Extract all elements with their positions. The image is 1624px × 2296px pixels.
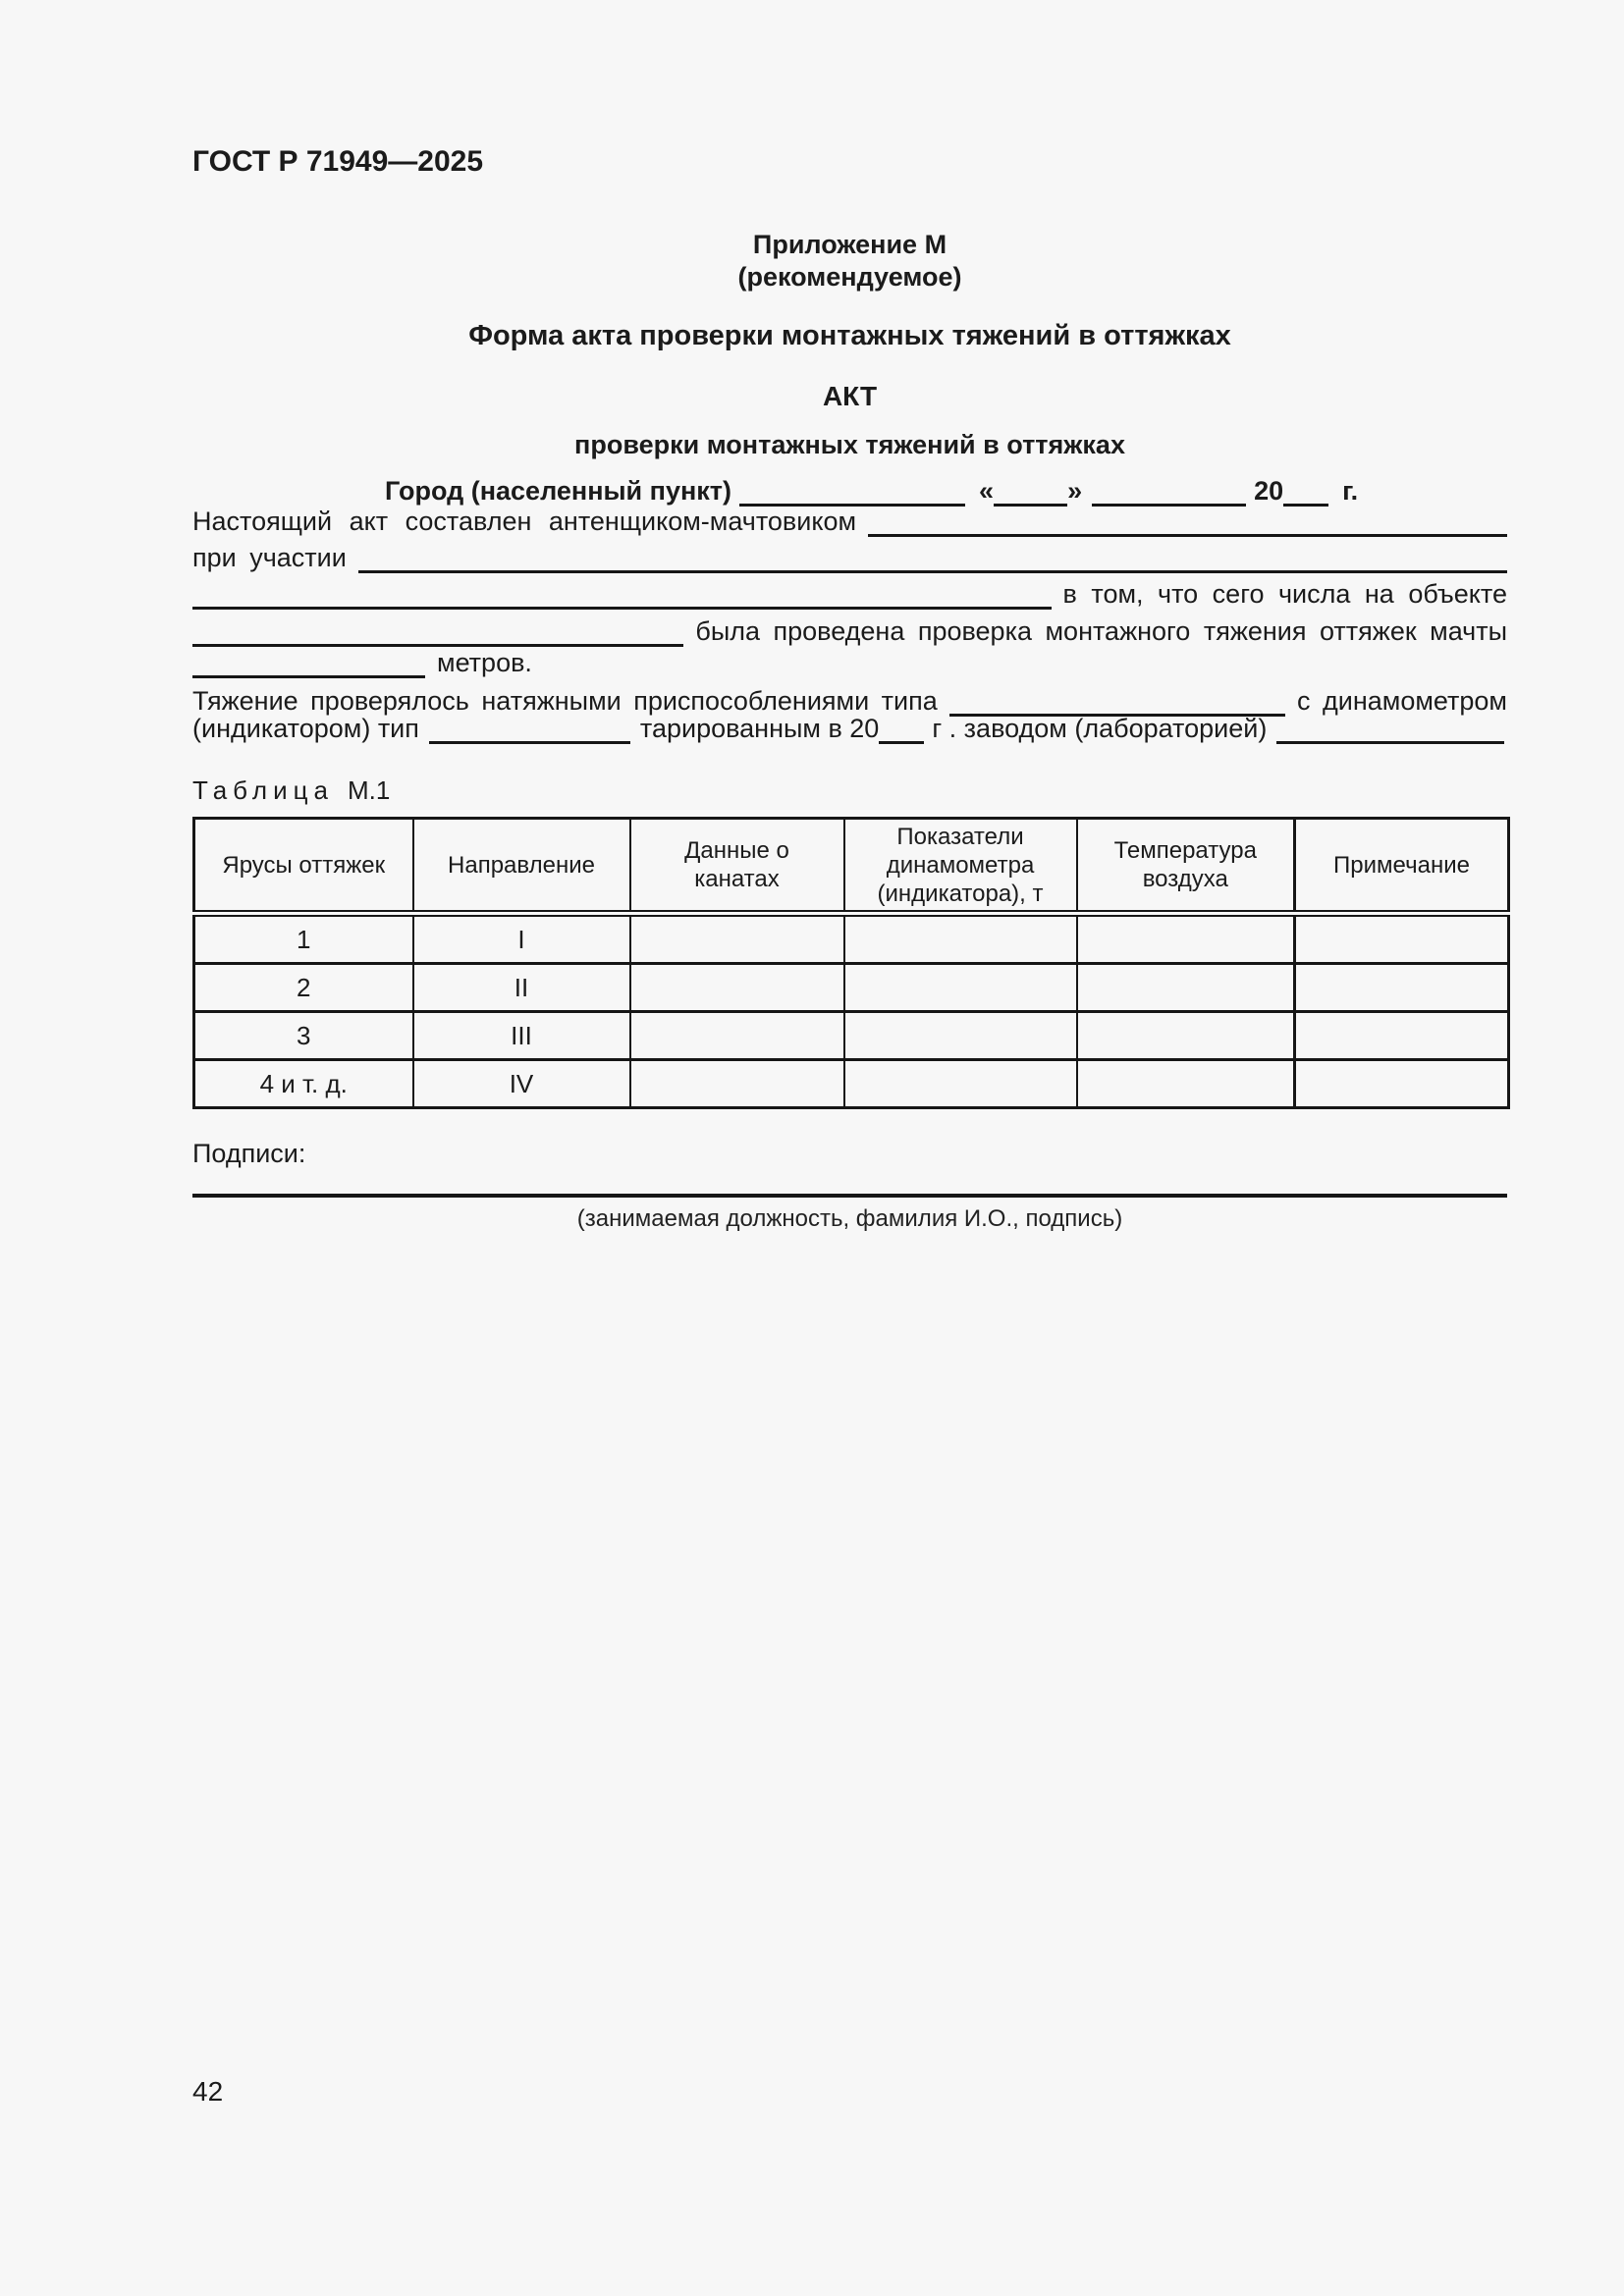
col-header-air-temp: Температура воздуха [1077, 819, 1295, 914]
indicator-type-text: (индикатором) тип [192, 714, 419, 744]
standard-code: ГОСТ Р 71949—2025 [192, 145, 483, 179]
cell-direction: IV [413, 1060, 630, 1108]
line-indicator: (индикатором) тип тарированным в 20 г . … [192, 705, 1507, 744]
participation-text: при участии [192, 543, 347, 573]
cell-air-temp [1077, 914, 1295, 964]
table-caption-label: Таблица [192, 775, 334, 805]
cell-dynamometer [844, 1012, 1077, 1060]
table-caption: ТаблицаМ.1 [192, 775, 390, 806]
compiled-by-text: Настоящий акт составлен антенщиком-мачто… [192, 507, 856, 537]
cell-note [1295, 1012, 1509, 1060]
col-header-rope-data: Данные о канатах [630, 819, 844, 914]
meters-text: метров. [437, 648, 532, 678]
cell-dynamometer [844, 964, 1077, 1012]
act-heading: АКТ [192, 381, 1507, 412]
blank-calibration-year [879, 705, 924, 744]
cell-rope-data [630, 914, 844, 964]
cell-air-temp [1077, 1012, 1295, 1060]
cell-note [1295, 914, 1509, 964]
col-header-tiers: Ярусы оттяжек [194, 819, 413, 914]
cell-direction: I [413, 914, 630, 964]
on-object-text: в том, что сего числа на объекте [1063, 579, 1507, 610]
form-title: Форма акта проверки монтажных тяжений в … [192, 320, 1507, 352]
blank-mast-height [192, 639, 425, 678]
blank-compiler-name [868, 498, 1507, 537]
table-row: 4 и т. д. IV [194, 1060, 1509, 1108]
calibrated-in-text: тарированным в 20 [640, 714, 879, 744]
blank-participants [358, 534, 1507, 573]
act-subheading: проверки монтажных тяжений в оттяжках [192, 430, 1507, 460]
line-participation: при участии [192, 534, 1507, 573]
cell-rope-data [630, 1060, 844, 1108]
signatures-label: Подписи: [192, 1139, 305, 1169]
by-factory-text: г . заводом (лабораторией) [932, 714, 1267, 744]
col-header-dynamometer: Показатели динамометра (индикатора), т [844, 819, 1077, 914]
col-header-direction: Направление [413, 819, 630, 914]
cell-dynamometer [844, 1060, 1077, 1108]
signature-caption: (занимаемая должность, фамилия И.О., под… [192, 1205, 1507, 1233]
blank-indicator-type [429, 705, 630, 744]
cell-dynamometer [844, 914, 1077, 964]
appendix-label: Приложение М [192, 230, 1507, 260]
cell-air-temp [1077, 1060, 1295, 1108]
document-page: ГОСТ Р 71949—2025 Приложение М (рекоменд… [0, 0, 1624, 2296]
table-caption-number: М.1 [348, 775, 390, 805]
page-number: 42 [192, 2076, 223, 2108]
cell-note [1295, 1060, 1509, 1108]
signature-line [192, 1194, 1507, 1198]
cell-tier: 3 [194, 1012, 413, 1060]
cell-tier: 4 и т. д. [194, 1060, 413, 1108]
cell-direction: III [413, 1012, 630, 1060]
blank-participants-cont [192, 570, 1052, 610]
table-row: 3 III [194, 1012, 1509, 1060]
cell-rope-data [630, 1012, 844, 1060]
table-header-row: Ярусы оттяжек Направление Данные о канат… [194, 819, 1509, 914]
table-row: 2 II [194, 964, 1509, 1012]
line-on-object: в том, что сего числа на объекте [192, 570, 1507, 610]
cell-air-temp [1077, 964, 1295, 1012]
cell-rope-data [630, 964, 844, 1012]
tension-check-table: Ярусы оттяжек Направление Данные о канат… [192, 817, 1510, 1109]
cell-direction: II [413, 964, 630, 1012]
line-compiled-by: Настоящий акт составлен антенщиком-мачто… [192, 498, 1507, 537]
cell-tier: 1 [194, 914, 413, 964]
table-row: 1 I [194, 914, 1509, 964]
col-header-note: Примечание [1295, 819, 1509, 914]
blank-factory-name [1276, 705, 1504, 744]
cell-note [1295, 964, 1509, 1012]
appendix-kind: (рекомендуемое) [192, 262, 1507, 293]
line-meters: метров. [192, 639, 1507, 678]
cell-tier: 2 [194, 964, 413, 1012]
